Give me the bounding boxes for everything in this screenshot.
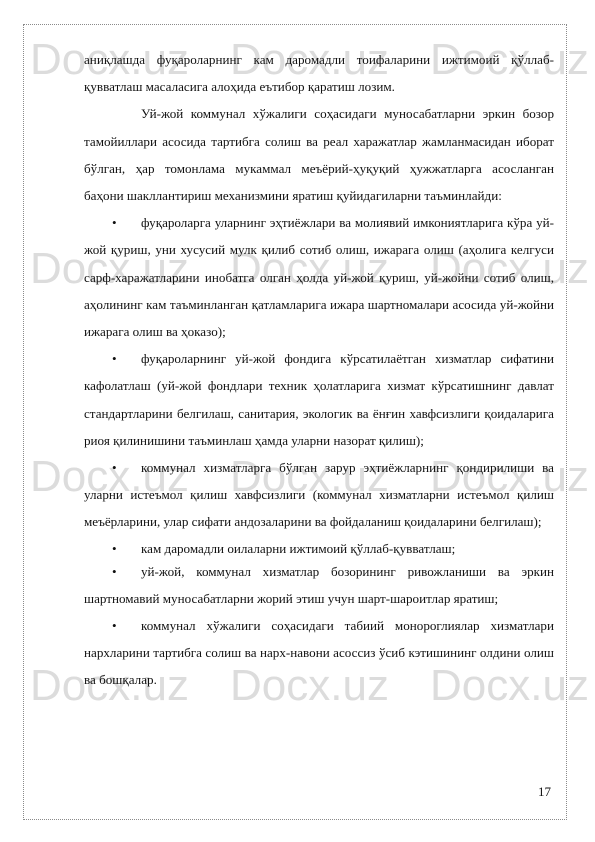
page-number: 17	[538, 784, 551, 800]
list-item: • коммунал хўжалиги соҳасидаги табиий мо…	[84, 612, 554, 694]
list-item-text: фуқароларга уларнинг эҳтиёжлари ва молия…	[84, 215, 554, 339]
bullet-icon: •	[112, 539, 117, 559]
document-body: аниқлашда фуқароларнинг кам даромадли то…	[84, 46, 554, 694]
list-item: • коммунал хизматларга бўлган зарур эҳти…	[84, 454, 554, 536]
list-item-text: фуқароларнинг уй-жой фондига кўрсатилаёт…	[84, 351, 554, 448]
paragraph-intro: Уй-жой коммунал хўжалиги соҳасидаги муно…	[84, 100, 554, 209]
list-item-text: уй-жой, коммунал хизматлар бозорининг ри…	[84, 564, 554, 606]
list-item-text: коммунал хизматларга бўлган зарур эҳтиёж…	[84, 460, 554, 529]
list-item-text: кам даромадли оилаларни ижтимоий қўллаб-…	[141, 541, 455, 556]
bullet-icon: •	[112, 345, 117, 372]
list-item: • кам даромадли оилаларни ижтимоий қўлла…	[84, 539, 554, 559]
list-item-text: коммунал хўжалиги соҳасидаги табиий моно…	[84, 618, 554, 687]
list-item: • фуқароларга уларнинг эҳтиёжлари ва мол…	[84, 209, 554, 345]
paragraph-continuation: аниқлашда фуқароларнинг кам даромадли то…	[84, 46, 554, 100]
list-item: • фуқароларнинг уй-жой фондига кўрсатила…	[84, 345, 554, 454]
bullet-icon: •	[112, 454, 117, 481]
bullet-icon: •	[112, 209, 117, 236]
bullet-icon: •	[112, 558, 117, 585]
list-item: • уй-жой, коммунал хизматлар бозорининг …	[84, 558, 554, 612]
bullet-icon: •	[112, 612, 117, 639]
